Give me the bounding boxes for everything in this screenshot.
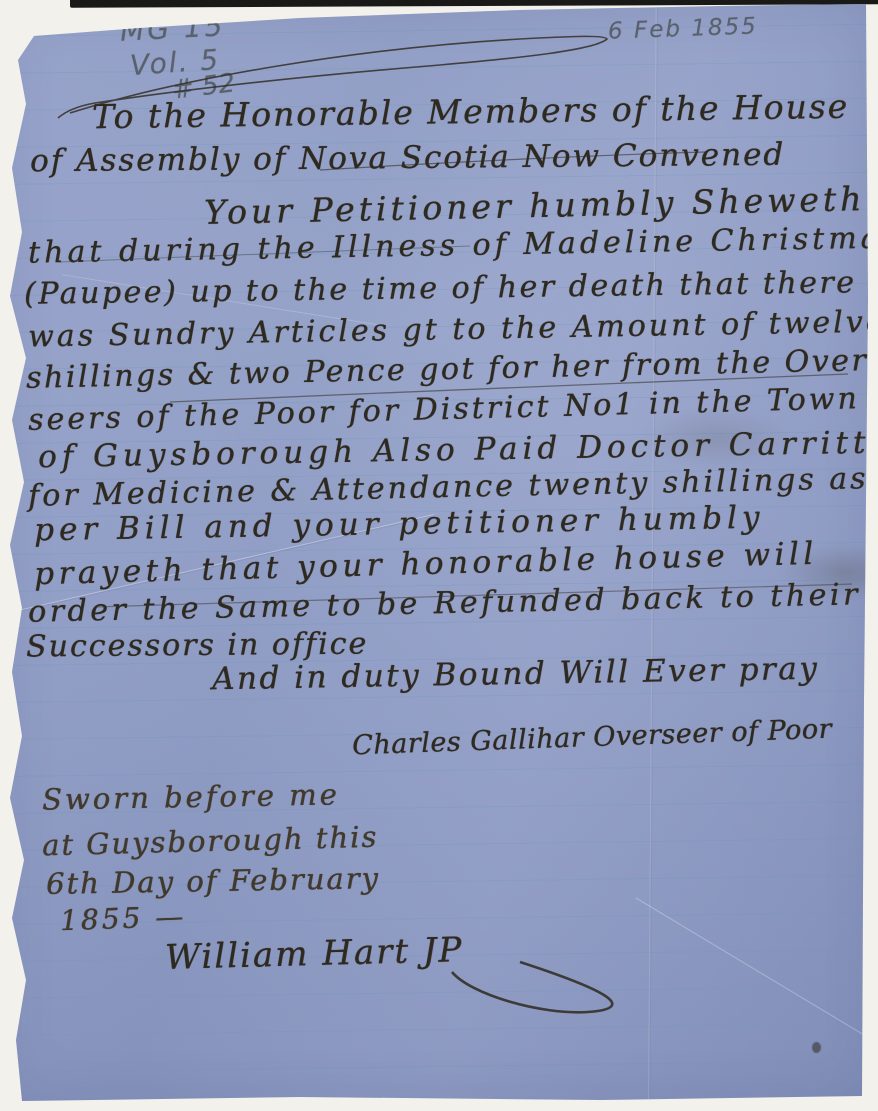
justice-signature: William Hart JP <box>165 930 464 978</box>
ink-speck <box>812 1042 821 1053</box>
petitioner-signature: Charles Gallihar Overseer of Poor <box>352 714 833 762</box>
archival-mark-date: 6 Feb 1855 <box>608 13 759 44</box>
document-scan: MG 15 Vol. 5 # 52 6 Feb 1855 To the Hono… <box>0 0 878 1111</box>
attestation-line: at Guysborough this <box>42 820 379 863</box>
attestation-line: 1855 — <box>59 900 186 937</box>
letter-line: (Paupee) up to the time of her death tha… <box>24 265 857 312</box>
attestation-line: Sworn before me <box>42 777 340 816</box>
paper-crease <box>635 897 878 1083</box>
archival-mark-collection: MG 15 <box>119 9 226 47</box>
signature-flourish <box>452 962 612 1012</box>
letter-line: that during the Illness of Madeline Chri… <box>28 220 878 270</box>
attestation-line: 6th Day of February <box>46 861 380 901</box>
salutation-line: of Assembly of Nova Scotia Now Convened <box>30 137 785 180</box>
petition-page: MG 15 Vol. 5 # 52 6 Feb 1855 To the Hono… <box>0 0 878 1104</box>
